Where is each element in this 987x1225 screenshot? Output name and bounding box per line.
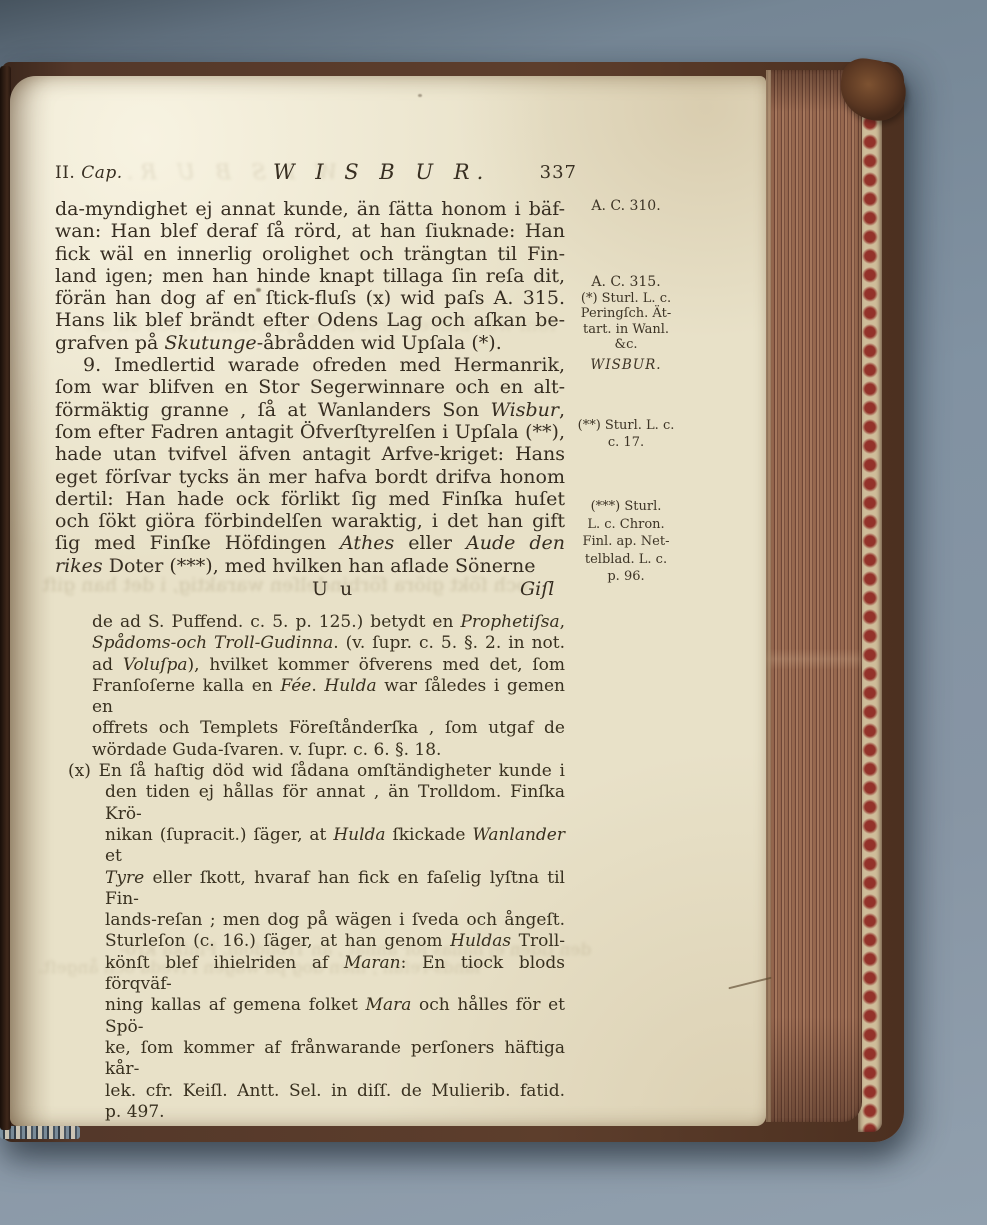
text-segment: förän han dog af en ſtick-fluſs (x) wid … bbox=[55, 287, 565, 309]
chapter-number: II. bbox=[55, 163, 75, 183]
footnote-continuation: de ad S. Puffend. c. 5. p. 125.) betydt … bbox=[55, 612, 567, 761]
text-line: ſom efter Fadren antagit Öfverſtyrelſen … bbox=[55, 421, 565, 443]
italic-text: Wanlander bbox=[472, 825, 565, 845]
margin-note-chron-finl: (***) Sturl. L. c. Chron. Finl. ap. Net-… bbox=[560, 498, 692, 586]
text-line: förän han dog af en ſtick-fluſs (x) wid … bbox=[55, 287, 565, 309]
text-segment: 9. Imedlertid warade ofreden med Hermanr… bbox=[83, 354, 565, 376]
text-segment: land igen; men han hinde knapt tillaga ſ… bbox=[55, 265, 565, 287]
italic-text: Voluſpa bbox=[123, 655, 188, 675]
margin-note-year-310: A. C. 310. bbox=[560, 198, 692, 215]
margin-note-line: telblad. L. c. bbox=[560, 551, 692, 569]
italic-text: Mara bbox=[366, 995, 412, 1015]
italic-text: Hulda bbox=[333, 825, 385, 845]
page-header: II. Cap. W I S B U R. 337 bbox=[55, 160, 567, 186]
text-line: wan: Han blef deraf ſå rörd, at han ſiuk… bbox=[55, 220, 565, 242]
margin-note-sturl-c17: (**) Sturl. L. c. c. 17. bbox=[560, 418, 692, 451]
text-segment: nikan (ſupracit.) ſäger, at bbox=[105, 825, 333, 845]
book-endband bbox=[0, 1126, 80, 1139]
italic-text: Prophetiſsa bbox=[460, 612, 559, 632]
text-segment: -åbrådden wid Upſala (*). bbox=[257, 332, 502, 354]
text-line: den tiden ej hållas för annat , än Troll… bbox=[105, 782, 565, 825]
page-stack-fore-edge bbox=[766, 70, 862, 1122]
signature-row: U u Giſl bbox=[55, 578, 565, 601]
text-line: da-myndighet ej annat kunde, än ſätta ho… bbox=[55, 198, 565, 220]
text-line: p. 497. bbox=[105, 1102, 565, 1123]
italic-text: Hulda bbox=[324, 676, 376, 696]
text-line: ke, ſom kommer af frånwarande perſoners … bbox=[105, 1038, 565, 1081]
text-segment: dertil: Han hade ock förlikt ſig med Fin… bbox=[55, 488, 565, 510]
text-segment: den tiden ej hållas för annat , än Troll… bbox=[105, 782, 565, 823]
margin-note-line: A. C. 310. bbox=[560, 198, 692, 215]
italic-text: Spådoms-och Troll-Gudinna bbox=[92, 633, 333, 653]
ink-speck bbox=[256, 288, 261, 292]
italic-text: rikes bbox=[55, 555, 103, 577]
text-line: de ad S. Puffend. c. 5. p. 125.) betydt … bbox=[92, 612, 565, 633]
text-line: rikes Doter (***), med hvilken han aflad… bbox=[55, 555, 565, 577]
book-page: W I S B U R. och ſökt giöra förbindelſen… bbox=[10, 76, 766, 1126]
text-line: könſt blef ihielriden af Maran: En tiock… bbox=[105, 953, 565, 996]
text-line: lek. cfr. Keiſl. Antt. Sel. in diſſ. de … bbox=[105, 1081, 565, 1102]
signature-mark: U u bbox=[312, 578, 355, 600]
margin-note-line: (**) Sturl. L. c. bbox=[560, 418, 692, 435]
text-segment: Franſoſerne kalla en bbox=[92, 676, 280, 696]
text-line: fick wäl en innerlig orolighet och träng… bbox=[55, 243, 565, 265]
margin-note-line: (***) Sturl. bbox=[560, 498, 692, 516]
text-segment: lands-reſan ; men dog på wägen i ſveda o… bbox=[105, 910, 565, 930]
text-segment: eget förſvar tycks än mer hafva bordt dr… bbox=[55, 466, 565, 488]
text-segment: da-myndighet ej annat kunde, än ſätta ho… bbox=[55, 198, 565, 220]
text-line: Hans lik blef brändt efter Odens Lag och… bbox=[55, 309, 565, 331]
body-paragraphs: da-myndighet ej annat kunde, än ſätta ho… bbox=[55, 198, 565, 577]
text-segment: Hans lik blef brändt efter Odens Lag och… bbox=[55, 309, 565, 331]
text-segment: ning kallas af gemena folket bbox=[105, 995, 366, 1015]
margin-note-wisbur: WISBUR. bbox=[560, 357, 692, 374]
margin-note-line: c. 17. bbox=[560, 435, 692, 452]
text-line: hade utan tvifvel äfven antagit Arfve-kr… bbox=[55, 443, 565, 465]
margin-note-line: Peringſch. Ät- bbox=[560, 306, 692, 322]
text-segment: ſom war blifven en Stor Segerwinnare och… bbox=[55, 376, 565, 398]
text-line: wördade Guda-ſvaren. v. ſupr. c. 6. §. 1… bbox=[92, 740, 565, 761]
text-line: (x) En ſå haſtig död wid ſådana omſtändi… bbox=[68, 761, 565, 782]
text-segment: p. 497. bbox=[105, 1102, 165, 1122]
text-segment: ſom efter Fadren antagit Öfverſtyrelſen … bbox=[55, 421, 565, 443]
italic-text: Maran bbox=[344, 953, 401, 973]
text-line: land igen; men han hinde knapt tillaga ſ… bbox=[55, 265, 565, 287]
text-line: Sturleſon (c. 16.) ſäger, at han genom H… bbox=[105, 931, 565, 952]
italic-text: Aude den bbox=[466, 532, 565, 554]
text-segment: , bbox=[560, 612, 565, 632]
margin-note-line: tart. in Wanl. bbox=[560, 322, 692, 338]
text-line: 9. Imedlertid warade ofreden med Hermanr… bbox=[55, 354, 565, 376]
italic-text: Wisbur bbox=[490, 399, 559, 421]
text-segment: eller ſkott, hvaraf han fick en faſelig … bbox=[105, 868, 565, 909]
footnote-x: (x) En ſå haſtig död wid ſådana omſtändi… bbox=[55, 761, 567, 1123]
ink-speck bbox=[418, 94, 422, 97]
text-segment: ), hvilket kommer öfverens med det, ſom bbox=[188, 655, 566, 675]
margin-note-line: A. C. 315. bbox=[560, 275, 692, 291]
text-segment: förmäktig granne , ſå at Wanlanders Son bbox=[55, 399, 490, 421]
text-line: ſig med Finſke Höfdingen Athes eller Aud… bbox=[55, 532, 565, 554]
text-line: förmäktig granne , ſå at Wanlanders Son … bbox=[55, 399, 565, 421]
text-line: nikan (ſupracit.) ſäger, at Hulda ſkicka… bbox=[105, 825, 565, 868]
chapter-label: II. Cap. bbox=[55, 163, 123, 183]
text-segment: wan: Han blef deraf ſå rörd, at han ſiuk… bbox=[55, 220, 565, 242]
margin-note-line: p. 96. bbox=[560, 568, 692, 586]
scratch-mark bbox=[728, 977, 771, 990]
text-line: och ſökt giöra förbindelſen waraktig, i … bbox=[55, 510, 565, 532]
text-line: Franſoſerne kalla en Fée. Hulda war ſåle… bbox=[92, 676, 565, 719]
text-segment: könſt blef ihielriden af bbox=[105, 953, 344, 973]
text-segment: Sturleſon (c. 16.) ſäger, at han genom bbox=[105, 931, 450, 951]
text-line: ſom war blifven en Stor Segerwinnare och… bbox=[55, 376, 565, 398]
text-segment: . bbox=[311, 676, 324, 696]
text-segment: eller bbox=[394, 532, 466, 554]
text-segment: ſig med Finſke Höfdingen bbox=[55, 532, 340, 554]
margin-note-line: (*) Sturl. L. c. bbox=[560, 291, 692, 307]
italic-text: Skutunge bbox=[164, 332, 256, 354]
text-segment: ſkickade bbox=[386, 825, 473, 845]
text-segment: hade utan tvifvel äfven antagit Arfve-kr… bbox=[55, 443, 565, 465]
text-segment: de ad S. Puffend. c. 5. p. 125.) betydt … bbox=[92, 612, 460, 632]
text-line: ad Voluſpa), hvilket kommer öfverens med… bbox=[92, 655, 565, 676]
text-line: grafven på Skutunge-åbrådden wid Upſala … bbox=[55, 332, 565, 354]
text-segment: Troll- bbox=[511, 931, 565, 951]
text-segment: Doter (***), med hvilken han aflade Söne… bbox=[103, 555, 536, 577]
running-title: W I S B U R. bbox=[273, 160, 490, 184]
text-segment: (x) En ſå haſtig död wid ſådana omſtändi… bbox=[68, 761, 565, 781]
margin-note-line: &c. bbox=[560, 337, 692, 353]
text-segment: . (v. ſupr. c. 5. §. 2. in not. bbox=[333, 633, 565, 653]
text-line: dertil: Han hade ock förlikt ſig med Fin… bbox=[55, 488, 565, 510]
footnote-section: de ad S. Puffend. c. 5. p. 125.) betydt … bbox=[55, 612, 567, 1123]
chapter-word: Cap. bbox=[81, 163, 122, 183]
text-segment: fick wäl en innerlig orolighet och träng… bbox=[55, 243, 565, 265]
italic-text: Fée bbox=[280, 676, 311, 696]
text-segment: ke, ſom kommer af frånwarande perſoners … bbox=[105, 1038, 565, 1079]
italic-text: Athes bbox=[340, 532, 394, 554]
italic-text: Huldas bbox=[450, 931, 511, 951]
text-line: ning kallas af gemena folket Mara och hå… bbox=[105, 995, 565, 1038]
text-segment: offrets och Templets Föreſtånderſka , ſo… bbox=[92, 718, 565, 738]
text-line: eget förſvar tycks än mer hafva bordt dr… bbox=[55, 466, 565, 488]
page-number: 337 bbox=[540, 162, 577, 183]
text-segment: ad bbox=[92, 655, 123, 675]
text-segment: et bbox=[105, 846, 122, 866]
text-segment: och ſökt giöra förbindelſen waraktig, i … bbox=[55, 510, 565, 532]
margin-note-line: L. c. Chron. bbox=[560, 516, 692, 534]
text-segment: lek. cfr. Keiſl. Antt. Sel. in diſſ. de … bbox=[105, 1081, 565, 1101]
text-segment: wördade Guda-ſvaren. v. ſupr. c. 6. §. 1… bbox=[92, 740, 441, 760]
italic-text: Tyre bbox=[105, 868, 144, 888]
scan-background: W I S B U R. och ſökt giöra förbindelſen… bbox=[0, 0, 987, 1225]
text-line: lands-reſan ; men dog på wägen i ſveda o… bbox=[105, 910, 565, 931]
margin-note-line: WISBUR. bbox=[560, 357, 692, 374]
text-line: Spådoms-och Troll-Gudinna. (v. ſupr. c. … bbox=[92, 633, 565, 654]
catchword: Giſl bbox=[520, 578, 554, 600]
margin-note-line: Finl. ap. Net- bbox=[560, 533, 692, 551]
text-segment: grafven på bbox=[55, 332, 164, 354]
main-text-column: da-myndighet ej annat kunde, än ſätta ho… bbox=[55, 198, 565, 601]
margin-note-year-315-citation: A. C. 315. (*) Sturl. L. c. Peringſch. Ä… bbox=[560, 275, 692, 353]
text-line: offrets och Templets Föreſtånderſka , ſo… bbox=[92, 718, 565, 739]
text-line: Tyre eller ſkott, hvaraf han fick en faſ… bbox=[105, 868, 565, 911]
